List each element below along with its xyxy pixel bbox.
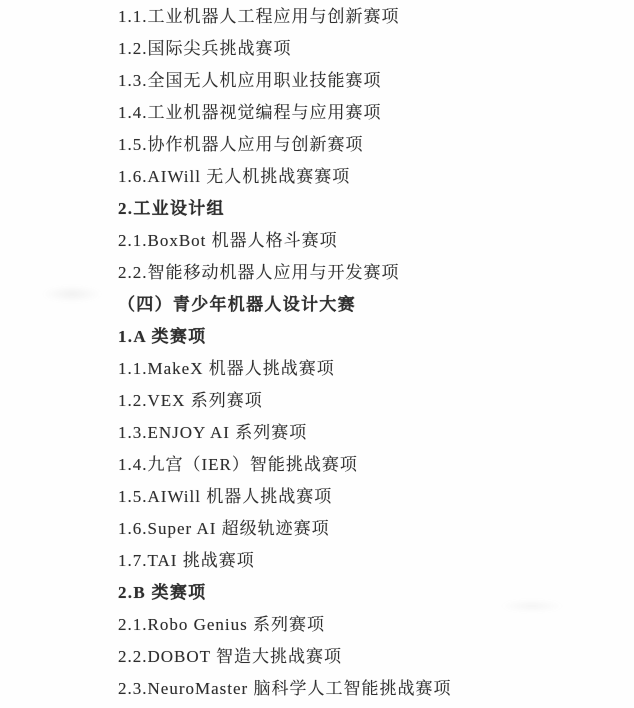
heading-line: 1.A 类赛项 bbox=[118, 321, 634, 353]
heading-line: 2.工业设计组 bbox=[118, 193, 634, 225]
list-item-line: 1.2.VEX 系列赛项 bbox=[118, 385, 634, 417]
heading-line: 2.B 类赛项 bbox=[118, 577, 634, 609]
list-item-line: 2.2.DOBOT 智造大挑战赛项 bbox=[118, 641, 634, 673]
list-item-line: 1.5.协作机器人应用与创新赛项 bbox=[118, 129, 634, 161]
list-item-line: 2.2.智能移动机器人应用与开发赛项 bbox=[118, 257, 634, 289]
document-page: 1.1.工业机器人工程应用与创新赛项1.2.国际尖兵挑战赛项1.3.全国无人机应… bbox=[0, 0, 634, 708]
document-lines: 1.1.工业机器人工程应用与创新赛项1.2.国际尖兵挑战赛项1.3.全国无人机应… bbox=[118, 1, 634, 705]
heading-line: （四）青少年机器人设计大赛 bbox=[118, 289, 634, 321]
list-item-line: 1.2.国际尖兵挑战赛项 bbox=[118, 33, 634, 65]
list-item-line: 1.3.全国无人机应用职业技能赛项 bbox=[118, 65, 634, 97]
list-item-line: 1.6.Super AI 超级轨迹赛项 bbox=[118, 513, 634, 545]
scan-smudge-left bbox=[42, 286, 102, 302]
list-item-line: 2.1.Robo Genius 系列赛项 bbox=[118, 609, 634, 641]
list-item-line: 2.3.NeuroMaster 脑科学人工智能挑战赛项 bbox=[118, 673, 634, 705]
list-item-line: 1.4.工业机器视觉编程与应用赛项 bbox=[118, 97, 634, 129]
list-item-line: 1.5.AIWill 机器人挑战赛项 bbox=[118, 481, 634, 513]
list-item-line: 1.4.九宫（IER）智能挑战赛项 bbox=[118, 449, 634, 481]
list-item-line: 1.3.ENJOY AI 系列赛项 bbox=[118, 417, 634, 449]
list-item-line: 2.1.BoxBot 机器人格斗赛项 bbox=[118, 225, 634, 257]
list-item-line: 1.7.TAI 挑战赛项 bbox=[118, 545, 634, 577]
list-item-line: 1.6.AIWill 无人机挑战赛赛项 bbox=[118, 161, 634, 193]
list-item-line: 1.1.MakeX 机器人挑战赛项 bbox=[118, 353, 634, 385]
list-item-line: 1.1.工业机器人工程应用与创新赛项 bbox=[118, 1, 634, 33]
